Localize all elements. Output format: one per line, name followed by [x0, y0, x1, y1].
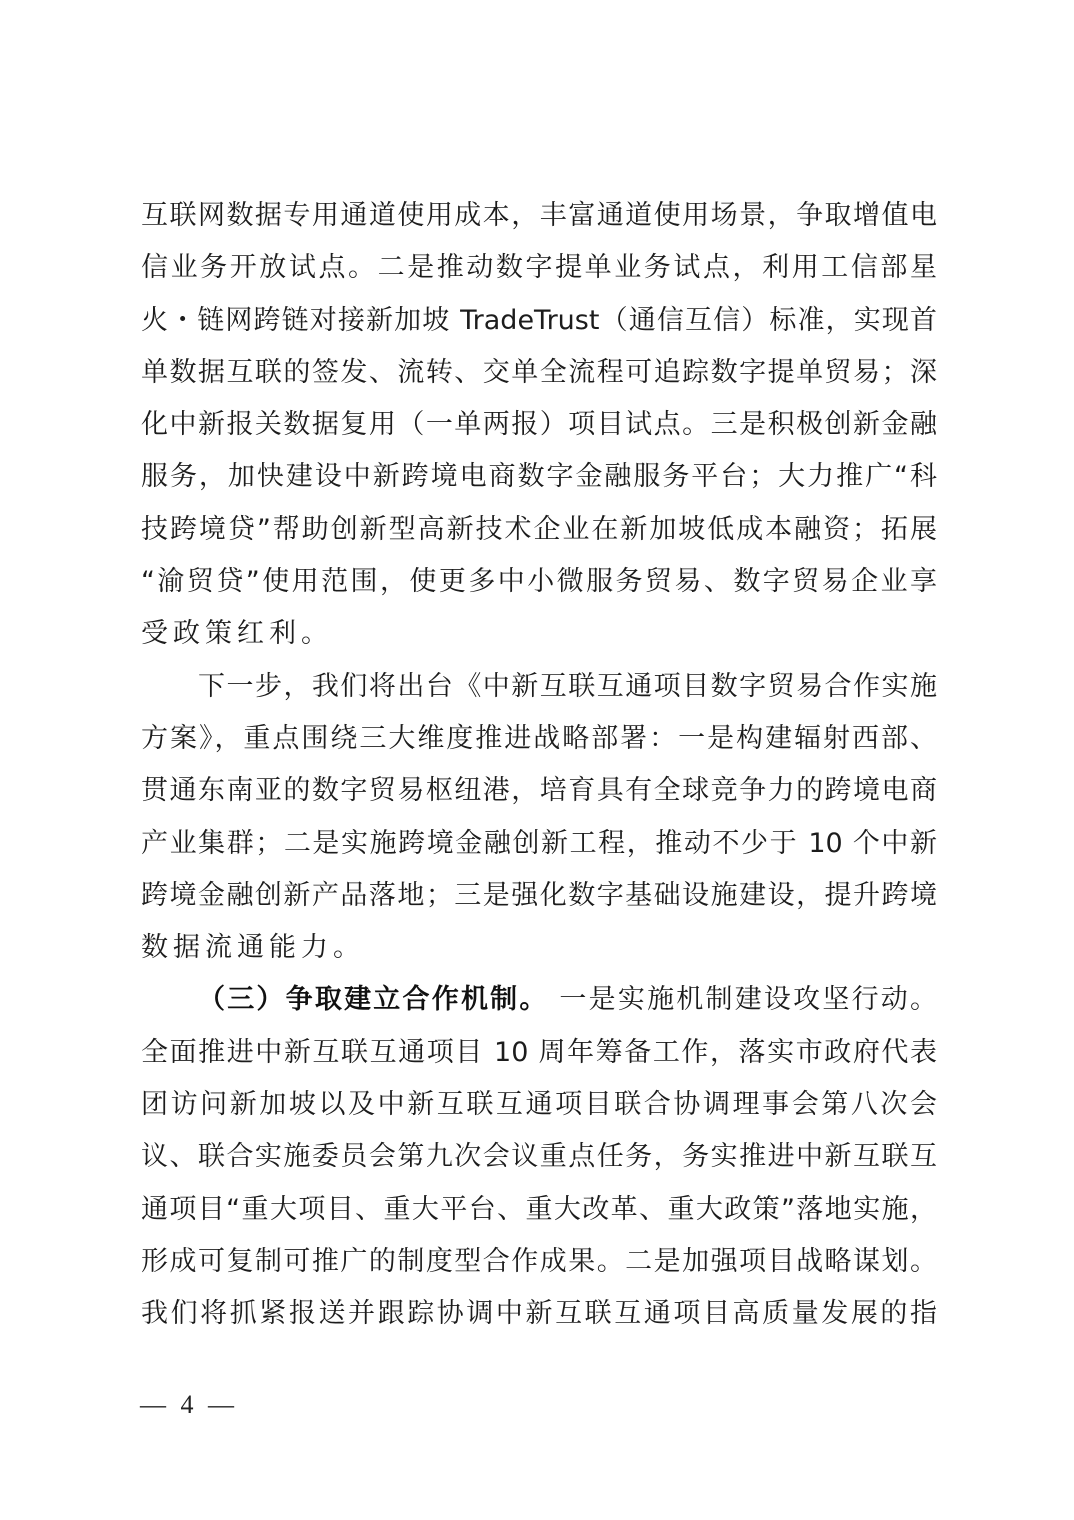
text-line: 单数据互联的签发、流转、交单全流程可追踪数字提单贸易；深	[141, 351, 937, 403]
text-line: 通项目“重大项目、重大平台、重大改革、重大政策”落地实施，	[141, 1188, 937, 1240]
text-line: 团访问新加坡以及中新互联互通项目联合协调理事会第八次会	[141, 1083, 937, 1135]
section-heading-continuation: 一是实施机制建设攻坚行动。	[559, 984, 937, 1015]
text-line: 化中新报关数据复用（一单两报）项目试点。三是积极创新金融	[141, 403, 937, 455]
paragraph-start-line: 下一步，我们将出台《中新互联互通项目数字贸易合作实施	[141, 665, 937, 717]
text-line: 受政策红利。	[141, 612, 937, 664]
body-text: 互联网数据专用通道使用成本，丰富通道使用场景，争取增值电 信业务开放试点。二是推…	[141, 194, 937, 1345]
text-line: 技跨境贷”帮助创新型高新技术企业在新加坡低成本融资；拓展	[141, 508, 937, 560]
text-line: 全面推进中新互联互通项目 10 周年筹备工作，落实市政府代表	[141, 1031, 937, 1083]
text-line: 火・链网跨链对接新加坡 TradeTrust（通信互信）标准，实现首	[141, 299, 937, 351]
text-line: 形成可复制可推广的制度型合作成果。二是加强项目战略谋划。	[141, 1240, 937, 1292]
text-line: 数据流通能力。	[141, 926, 937, 978]
text-line: “渝贸贷”使用范围，使更多中小微服务贸易、数字贸易企业享	[141, 560, 937, 612]
text-line: 互联网数据专用通道使用成本，丰富通道使用场景，争取增值电	[141, 194, 937, 246]
text-line: 产业集群；二是实施跨境金融创新工程，推动不少于 10 个中新	[141, 822, 937, 874]
text-line: 信业务开放试点。二是推动数字提单业务试点，利用工信部星	[141, 246, 937, 298]
text-line: 我们将抓紧报送并跟踪协调中新互联互通项目高质量发展的指	[141, 1292, 937, 1344]
text-line: 贯通东南亚的数字贸易枢纽港，培育具有全球竞争力的跨境电商	[141, 769, 937, 821]
text-line: 跨境金融创新产品落地；三是强化数字基础设施建设，提升跨境	[141, 874, 937, 926]
text-line: 服务，加快建设中新跨境电商数字金融服务平台；大力推广“科	[141, 455, 937, 507]
text-line: 议、联合实施委员会第九次会议重点任务，务实推进中新互联互	[141, 1135, 937, 1187]
text-line: 方案》，重点围绕三大维度推进战略部署：一是构建辐射西部、	[141, 717, 937, 769]
document-page: 互联网数据专用通道使用成本，丰富通道使用场景，争取增值电 信业务开放试点。二是推…	[0, 0, 1074, 1520]
page-number: — 4 —	[140, 1390, 238, 1420]
section-heading-line: （三）争取建立合作机制。 一是实施机制建设攻坚行动。	[141, 978, 937, 1030]
section-heading: （三）争取建立合作机制。	[198, 984, 549, 1015]
